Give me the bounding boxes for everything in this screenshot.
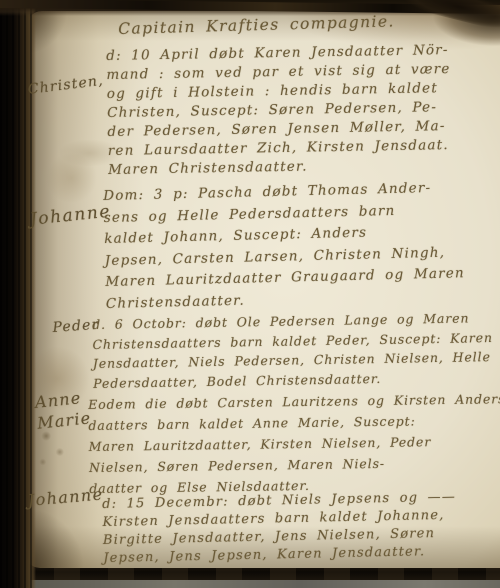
page-heading: Capitain Krafties compagnie. (118, 12, 395, 38)
baptism-entry-anne-marie: Eodem die døbt Carsten Lauritzens og Kir… (88, 388, 500, 499)
baptism-entry-christen: d: 10 April døbt Karen Jensdaatter Nör- … (106, 41, 452, 180)
margin-name-johanne-2: Johanne (27, 484, 104, 510)
handwritten-text-layer: Capitain Krafties compagnie. Christen, d… (0, 0, 500, 588)
baptism-entry-peder: d. 6 Octobr: døbt Ole Pedersen Lange og … (92, 308, 494, 393)
margin-name-christen: Christen, (27, 73, 105, 98)
margin-name-johanne: Johanne (29, 202, 112, 230)
manuscript-photo: Capitain Krafties compagnie. Christen, d… (0, 0, 500, 588)
baptism-entry-johanne: Dom: 3 p: Pascha døbt Thomas Ander- sens… (103, 177, 466, 315)
baptism-entry-johanne-2: d: 15 Decembr: døbt Niels Jepsens og —— … (102, 489, 457, 568)
